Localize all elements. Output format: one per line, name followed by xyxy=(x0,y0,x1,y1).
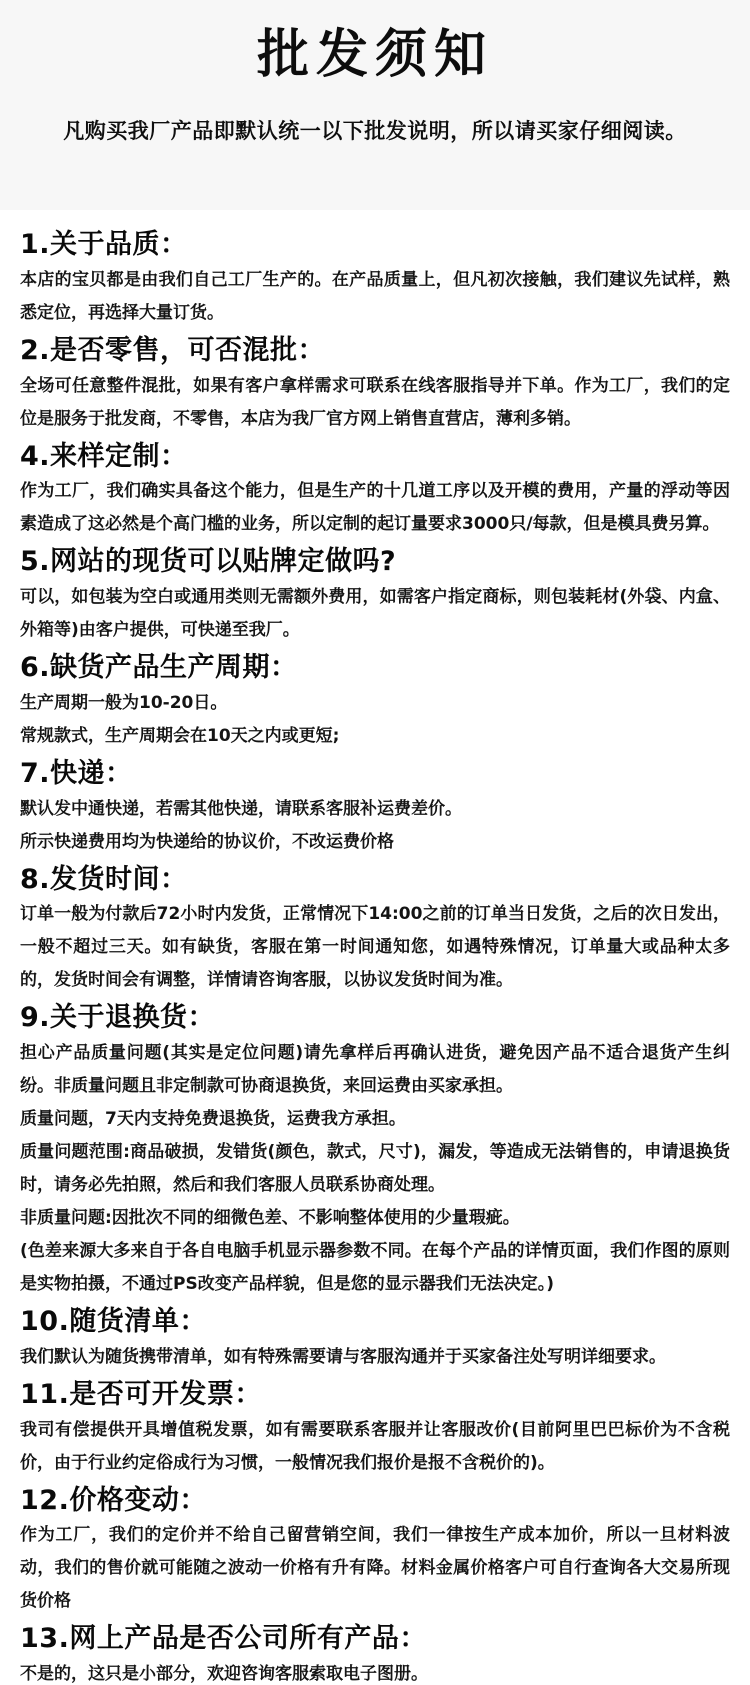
section-paragraph: (色差来源大多来自于各自电脑手机显示器参数不同。在每个产品的详情页面，我们作图的… xyxy=(20,1235,730,1301)
section-returns: 9.关于退换货： 担心产品质量问题(其实是定位问题)请先拿样后再确认进货，避免因… xyxy=(20,1001,730,1301)
section-heading: 11.是否可开发票： xyxy=(20,1378,730,1412)
section-paragraph: 订单一般为付款后72小时内发货，正常情况下14:00之前的订单当日发货，之后的次… xyxy=(20,898,730,997)
wholesale-notice-page: 批发须知 凡购买我厂产品即默认统一以下批发说明，所以请买家仔细阅读。 1.关于品… xyxy=(0,0,750,1685)
section-heading: 1.关于品质： xyxy=(20,228,730,262)
section-paragraph: 质量问题，7天内支持免费退换货，运费我方承担。 xyxy=(20,1103,730,1136)
section-heading: 7.快递： xyxy=(20,757,730,791)
section-paragraph: 作为工厂，我们确实具备这个能力，但是生产的十几道工序以及开模的费用，产量的浮动等… xyxy=(20,475,730,541)
section-paragraph: 质量问题范围:商品破损，发错货(颜色，款式，尺寸)，漏发，等造成无法销售的，申请… xyxy=(20,1136,730,1202)
section-heading: 4.来样定制： xyxy=(20,440,730,474)
section-heading: 6.缺货产品生产周期： xyxy=(20,651,730,685)
section-paragraph: 常规款式，生产周期会在10天之内或更短; xyxy=(20,720,730,753)
section-paragraph: 默认发中通快递，若需其他快递，请联系客服补运费差价。 xyxy=(20,793,730,826)
section-invoice: 11.是否可开发票： 我司有偿提供开具增值税发票，如有需要联系客服并让客服改价(… xyxy=(20,1378,730,1480)
section-heading: 10.随货清单： xyxy=(20,1305,730,1339)
section-paragraph: 不是的，这只是小部分，欢迎咨询客服索取电子图册。 xyxy=(20,1658,730,1685)
section-heading: 12.价格变动： xyxy=(20,1484,730,1518)
section-catalog: 13.网上产品是否公司所有产品： 不是的，这只是小部分，欢迎咨询客服索取电子图册… xyxy=(20,1622,730,1685)
section-heading: 13.网上产品是否公司所有产品： xyxy=(20,1622,730,1656)
section-paragraph: 作为工厂，我们的定价并不给自己留营销空间，我们一律按生产成本加价，所以一旦材料波… xyxy=(20,1519,730,1618)
section-paragraph: 全场可任意整件混批，如果有客户拿样需求可联系在线客服指导并下单。作为工厂，我们的… xyxy=(20,370,730,436)
section-paragraph: 担心产品质量问题(其实是定位问题)请先拿样后再确认进货，避免因产品不适合退货产生… xyxy=(20,1037,730,1103)
section-heading: 8.发货时间： xyxy=(20,863,730,897)
section-paragraph: 可以，如包装为空白或通用类则无需额外费用，如需客户指定商标，则包装耗材(外袋、内… xyxy=(20,581,730,647)
page-title: 批发须知 xyxy=(0,26,750,86)
section-paragraph: 我司有偿提供开具增值税发票，如有需要联系客服并让客服改价(目前阿里巴巴标价为不含… xyxy=(20,1414,730,1480)
section-paragraph: 生产周期一般为10-20日。 xyxy=(20,687,730,720)
section-oem: 5.网站的现货可以贴牌定做吗? 可以，如包装为空白或通用类则无需额外费用，如需客… xyxy=(20,545,730,647)
section-express: 7.快递： 默认发中通快递，若需其他快递，请联系客服补运费差价。 所示快递费用均… xyxy=(20,757,730,859)
section-paragraph: 非质量问题:因批次不同的细微色差、不影响整体使用的少量瑕疵。 xyxy=(20,1202,730,1235)
section-lead-time: 6.缺货产品生产周期： 生产周期一般为10-20日。 常规款式，生产周期会在10… xyxy=(20,651,730,753)
section-paragraph: 所示快递费用均为快递给的协议价，不改运费价格 xyxy=(20,826,730,859)
section-packing-list: 10.随货清单： 我们默认为随货携带清单，如有特殊需要请与客服沟通并于买家备注处… xyxy=(20,1305,730,1374)
section-heading: 9.关于退换货： xyxy=(20,1001,730,1035)
section-paragraph: 我们默认为随货携带清单，如有特殊需要请与客服沟通并于买家备注处写明详细要求。 xyxy=(20,1341,730,1374)
page-header: 批发须知 凡购买我厂产品即默认统一以下批发说明，所以请买家仔细阅读。 xyxy=(0,0,750,210)
section-retail: 2.是否零售，可否混批： 全场可任意整件混批，如果有客户拿样需求可联系在线客服指… xyxy=(20,334,730,436)
intro-text: 凡购买我厂产品即默认统一以下批发说明，所以请买家仔细阅读。 xyxy=(20,116,730,148)
section-custom-sample: 4.来样定制： 作为工厂，我们确实具备这个能力，但是生产的十几道工序以及开模的费… xyxy=(20,440,730,542)
section-quality: 1.关于品质： 本店的宝贝都是由我们自己工厂生产的。在产品质量上，但凡初次接触，… xyxy=(20,228,730,330)
section-shipping-time: 8.发货时间： 订单一般为付款后72小时内发货，正常情况下14:00之前的订单当… xyxy=(20,863,730,998)
section-price-change: 12.价格变动： 作为工厂，我们的定价并不给自己留营销空间，我们一律按生产成本加… xyxy=(20,1484,730,1619)
section-heading: 5.网站的现货可以贴牌定做吗? xyxy=(20,545,730,579)
section-heading: 2.是否零售，可否混批： xyxy=(20,334,730,368)
section-paragraph: 本店的宝贝都是由我们自己工厂生产的。在产品质量上，但凡初次接触，我们建议先试样，… xyxy=(20,264,730,330)
notice-content: 1.关于品质： 本店的宝贝都是由我们自己工厂生产的。在产品质量上，但凡初次接触，… xyxy=(0,210,750,1685)
